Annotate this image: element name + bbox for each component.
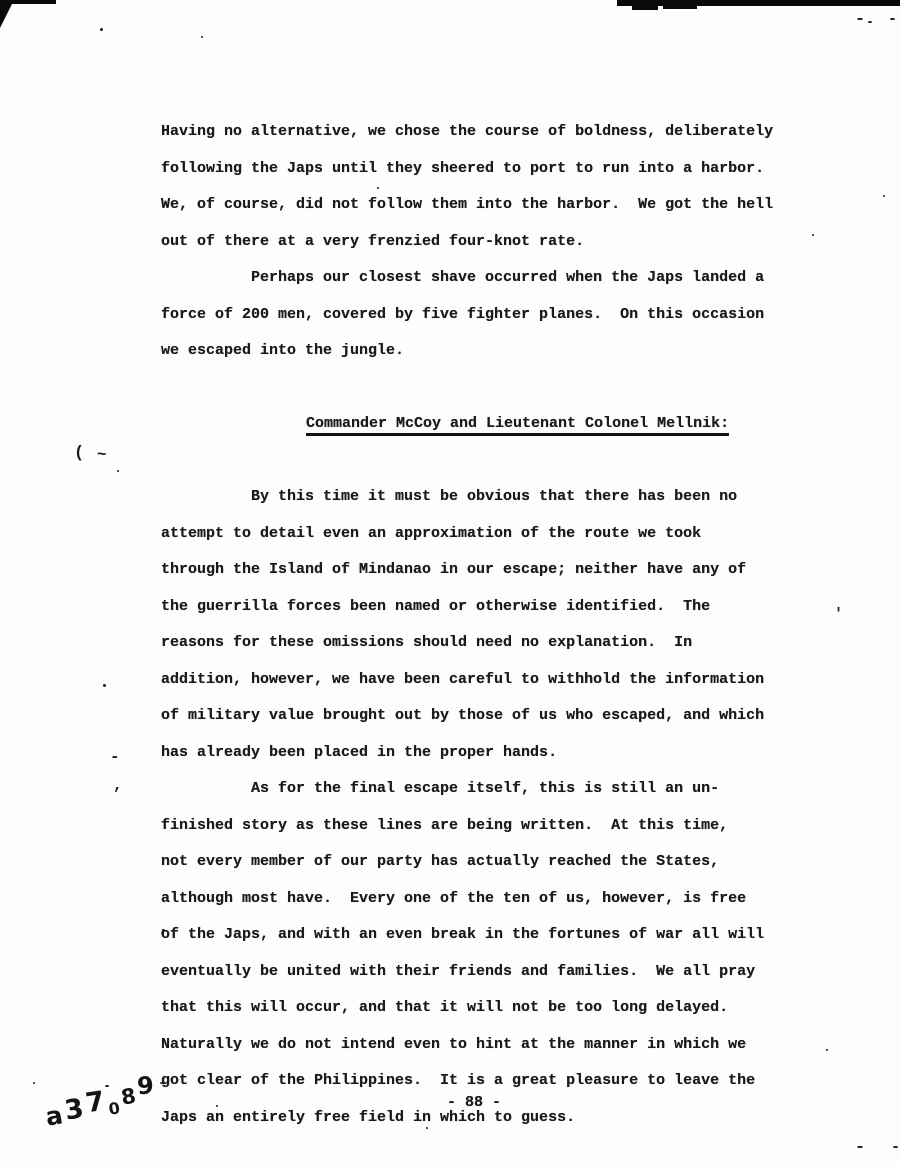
text-line: the guerrilla forces been named or other… [161, 589, 841, 626]
text-line: although most have. Every one of the ten… [161, 881, 841, 918]
margin-mark-comma: , [159, 918, 169, 936]
margin-mark-dash: - [110, 748, 120, 766]
scan-speck [201, 36, 203, 38]
scan-speck [160, 1082, 165, 1084]
scan-speck [117, 470, 119, 472]
scan-speck [893, 1146, 898, 1148]
annotation-char: 9 [137, 1071, 158, 1100]
text-line: reasons for these omissions should need … [161, 625, 841, 662]
scan-speck [883, 195, 885, 197]
text-line: has already been placed in the proper ha… [161, 735, 841, 772]
scan-speck [826, 1049, 828, 1051]
text-line: As for the final escape itself, this is … [161, 771, 841, 808]
section-heading-text: Commander McCoy and Lieutenant Colonel M… [306, 415, 729, 436]
text-line: through the Island of Mindanao in our es… [161, 552, 841, 589]
text-line: We, of course, did not follow them into … [161, 187, 841, 224]
scan-speck [857, 1146, 863, 1148]
margin-mark-apostrophe: ' [834, 606, 843, 623]
text-line: force of 200 men, covered by five fighte… [161, 297, 841, 334]
scan-speck [105, 1085, 109, 1087]
typewritten-text-block: Having no alternative, we chose the cour… [161, 114, 841, 1136]
text-line: of the Japs, and with an even break in t… [161, 917, 841, 954]
scan-speck [377, 187, 379, 189]
text-line: following the Japs until they sheered to… [161, 151, 841, 188]
scan-speck [426, 1127, 428, 1129]
text-line: of military value brought out by those o… [161, 698, 841, 735]
scan-speck [890, 18, 895, 20]
text-line: that this will occur, and that it will n… [161, 990, 841, 1027]
document-page: Having no alternative, we chose the cour… [0, 0, 900, 1166]
text-line: we escaped into the jungle. [161, 333, 841, 370]
scan-artifact-top-bar-jag [632, 6, 658, 10]
text-line: Having no alternative, we chose the cour… [161, 114, 841, 151]
scan-speck [100, 28, 103, 31]
scan-speck [868, 21, 872, 23]
scan-speck [812, 234, 814, 236]
text-line: not every member of our party has actual… [161, 844, 841, 881]
section-heading: Commander McCoy and Lieutenant Colonel M… [161, 370, 841, 480]
page-number: - 88 - [447, 1094, 501, 1111]
scan-speck [33, 1082, 35, 1084]
text-line: attempt to detail even an approximation … [161, 516, 841, 553]
text-line: Perhaps our closest shave occurred when … [161, 260, 841, 297]
text-line: addition, however, we have been careful … [161, 662, 841, 699]
text-line: Naturally we do not intend even to hint … [161, 1027, 841, 1064]
text-line: finished story as these lines are being … [161, 808, 841, 845]
scan-artifact-top-bar-jag [663, 6, 697, 9]
handwritten-annotation: a37089 [42, 1077, 160, 1126]
text-line: By this time it must be obvious that the… [161, 479, 841, 516]
margin-mark-paren: ( [74, 444, 84, 463]
scan-speck [103, 684, 106, 687]
annotation-char: 7 [83, 1085, 109, 1119]
margin-mark-comma: , [113, 776, 123, 794]
scan-artifact-top-right-bar [617, 0, 900, 6]
scan-artifact-corner-wedge [0, 2, 13, 28]
text-line: eventually be united with their friends … [161, 954, 841, 991]
scan-speck [857, 18, 863, 20]
scan-speck [216, 1105, 218, 1107]
margin-mark-tilde: ~ [97, 446, 107, 464]
text-line: out of there at a very frenzied four-kno… [161, 224, 841, 261]
